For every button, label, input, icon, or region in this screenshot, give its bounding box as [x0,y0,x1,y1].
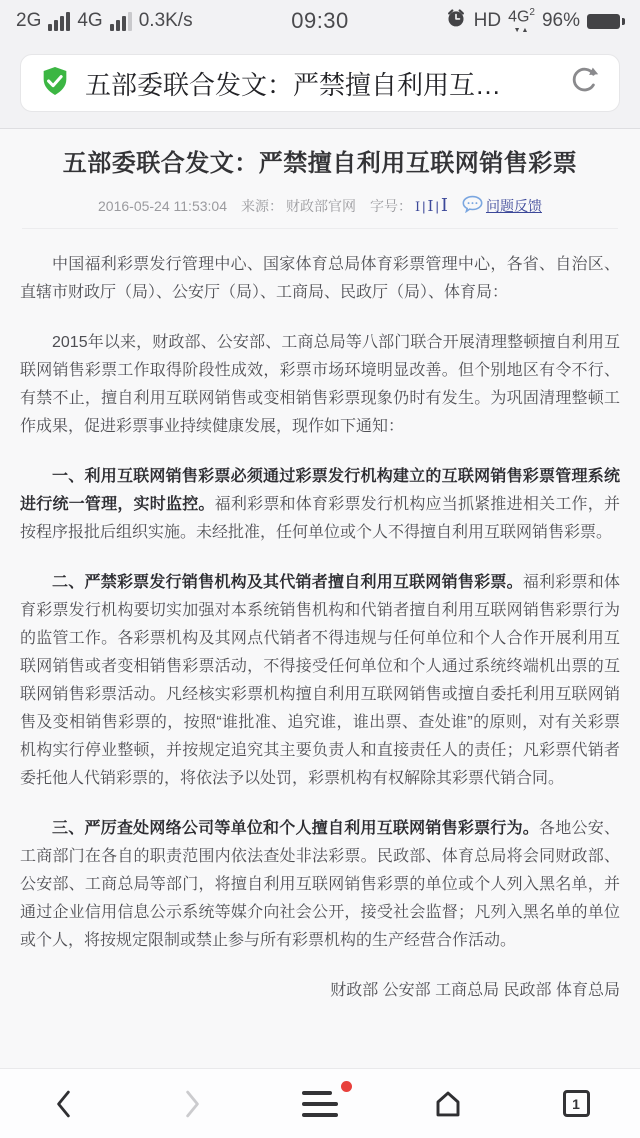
security-shield-icon [39,64,71,103]
menu-button[interactable] [256,1069,384,1138]
tab-count: 1 [572,1096,580,1112]
status-time: 09:30 [0,8,640,34]
notification-dot-badge [341,1081,352,1092]
font-size-label: 字号： [370,196,412,216]
paragraph-item-2: 二、严禁彩票发行销售机构及其代销者擅自利用互联网销售彩票。福利彩票和体育彩票发行… [20,569,620,793]
forward-button-disabled[interactable] [128,1069,256,1138]
meta-divider [22,228,618,229]
status-bar: 2G 4G 0.3K/s 09:30 HD 4G2 ▼▲ 96% [0,0,640,42]
article-source: 来源：财政部官网 [241,196,356,216]
page-title-in-address-bar: 五部委联合发文：严禁擅自利用互… [85,65,553,102]
browser-bottom-nav: 1 [0,1068,640,1138]
menu-icon [302,1091,338,1117]
home-icon [432,1088,464,1120]
article-signature: 财政部 公安部 工商总局 民政部 体育总局 [20,977,620,1000]
feedback-link[interactable]: 问题反馈 [486,196,542,216]
font-size-small-button[interactable]: I [415,200,420,215]
paragraph-item-1: 一、利用互联网销售彩票必须通过彩票发行机构建立的互联网销售彩票管理系统进行统一管… [20,463,620,547]
back-chevron-icon [51,1088,77,1120]
tabs-icon: 1 [563,1090,590,1117]
browser-address-section: 五部委联合发文：严禁擅自利用互… [0,42,640,129]
publish-date: 2016-05-24 11:53:04 [98,198,227,214]
font-size-control: 字号： I | I | I [370,195,448,216]
feedback-control[interactable]: 问题反馈 [462,195,542,216]
paragraph-background: 2015年以来，财政部、公安部、工商总局等八部门联合开展清理整顿擅自利用互联网销… [20,329,620,441]
font-size-large-button[interactable]: I [441,195,448,216]
battery-icon [587,14,620,29]
address-bar[interactable]: 五部委联合发文：严禁擅自利用互… [20,54,620,112]
back-button[interactable] [0,1069,128,1138]
chat-bubble-icon [462,195,483,216]
forward-chevron-icon [179,1088,205,1120]
article-content: 五部委联合发文：严禁擅自利用互联网销售彩票 2016-05-24 11:53:0… [0,129,640,1000]
refresh-icon[interactable] [567,64,601,103]
font-size-medium-button[interactable]: I [428,197,434,215]
article-meta-row: 2016-05-24 11:53:04 来源：财政部官网 字号： I | I |… [20,195,620,216]
article-title: 五部委联合发文：严禁擅自利用互联网销售彩票 [20,147,620,181]
home-button[interactable] [384,1069,512,1138]
paragraph-opening: 中国福利彩票发行管理中心、国家体育总局体育彩票管理中心，各省、自治区、直辖市财政… [20,251,620,307]
paragraph-item-3: 三、严厉查处网络公司等单位和个人擅自利用互联网销售彩票行为。各地公安、工商部门在… [20,815,620,955]
tabs-button[interactable]: 1 [512,1069,640,1138]
